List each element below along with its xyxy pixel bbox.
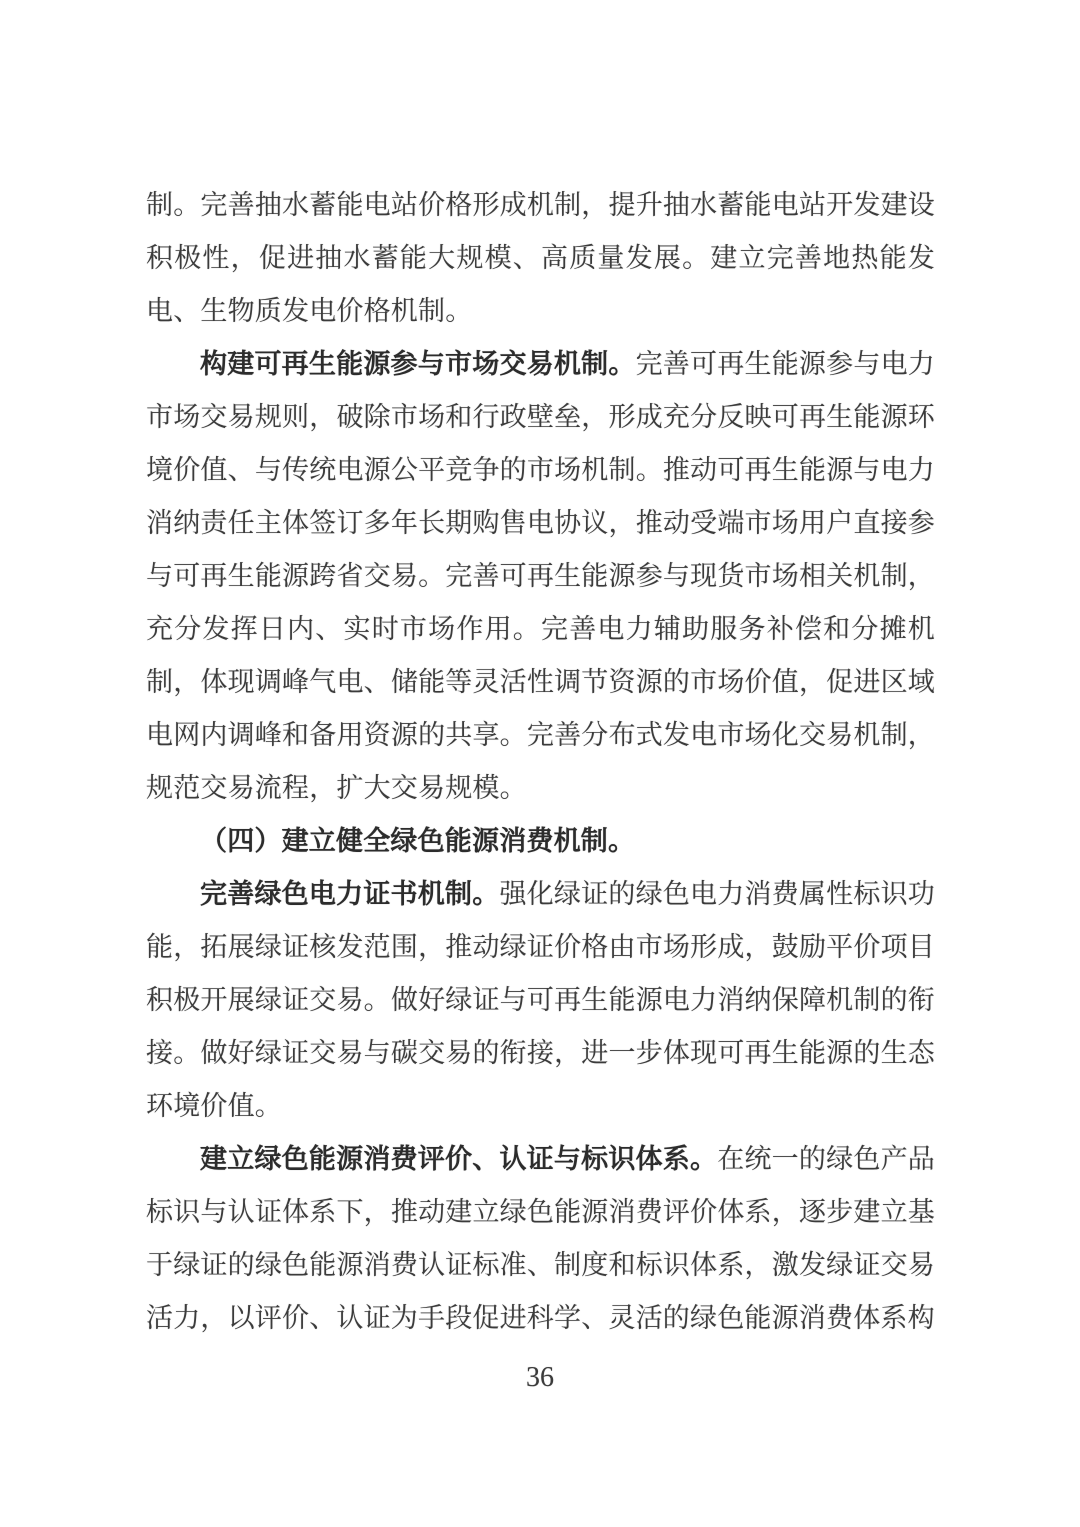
paragraph: 制。完善抽水蓄能电站价格形成机制，提升抽水蓄能电站开发建设积极性，促进抽水蓄能大… (146, 179, 935, 338)
paragraph: 建立绿色能源消费评价、认证与标识体系。在统一的绿色产品标识与认证体系下，推动建立… (146, 1133, 935, 1345)
paragraph-lead-bold: 完善绿色电力证书机制。 (200, 879, 499, 909)
paragraph-text: 制。完善抽水蓄能电站价格形成机制，提升抽水蓄能电站开发建设积极性，促进抽水蓄能大… (146, 190, 935, 326)
paragraph-lead-bold: （四）建立健全绿色能源消费机制。 (200, 826, 635, 856)
document-page: 制。完善抽水蓄能电站价格形成机制，提升抽水蓄能电站开发建设积极性，促进抽水蓄能大… (0, 0, 1080, 1527)
paragraph-text: 强化绿证的绿色电力消费属性标识功能，拓展绿证核发范围，推动绿证价格由市场形成，鼓… (146, 879, 935, 1121)
paragraph: （四）建立健全绿色能源消费机制。 (146, 815, 935, 868)
body-text: 制。完善抽水蓄能电站价格形成机制，提升抽水蓄能电站开发建设积极性，促进抽水蓄能大… (146, 179, 935, 1345)
paragraph: 完善绿色电力证书机制。强化绿证的绿色电力消费属性标识功能，拓展绿证核发范围，推动… (146, 868, 935, 1133)
paragraph-lead-bold: 建立绿色能源消费评价、认证与标识体系。 (200, 1144, 717, 1174)
paragraph: 构建可再生能源参与市场交易机制。完善可再生能源参与电力市场交易规则，破除市场和行… (146, 338, 935, 815)
paragraph-text: 完善可再生能源参与电力市场交易规则，破除市场和行政壁垒，形成充分反映可再生能源环… (146, 349, 935, 803)
page-number: 36 (0, 1358, 1080, 1398)
paragraph-lead-bold: 构建可再生能源参与市场交易机制。 (200, 349, 636, 379)
